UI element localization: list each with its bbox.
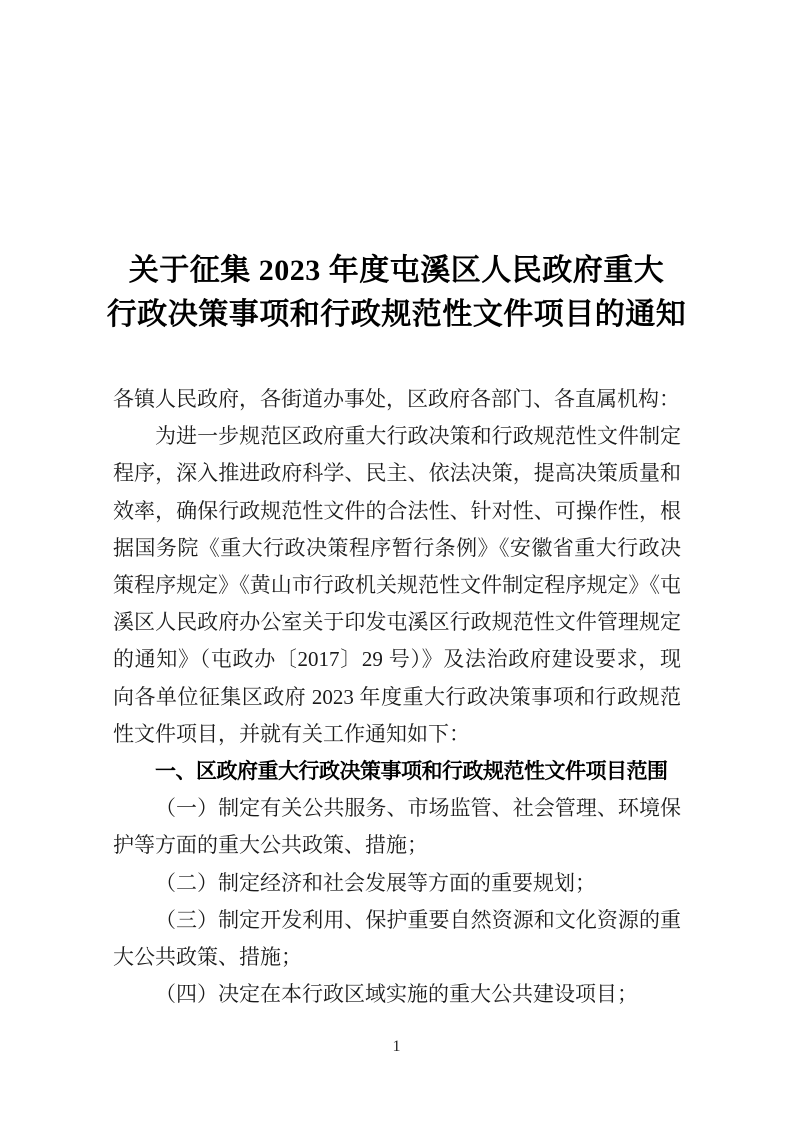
document-page: 关于征集 2023 年度屯溪区人民政府重大 行政决策事项和行政规范性文件项目的通… [0,0,793,1122]
body-paragraph: （三）制定开发利用、保护重要自然资源和文化资源的重大公共政策、措施； [113,902,681,976]
body-paragraph: （二）制定经济和社会发展等方面的重要规划； [113,865,681,902]
document-title: 关于征集 2023 年度屯溪区人民政府重大 行政决策事项和行政规范性文件项目的通… [0,0,793,337]
body-paragraph: 为进一步规范区政府重大行政决策和行政规范性文件制定程序，深入推进政府科学、民主、… [113,418,681,753]
page-number: 1 [0,1037,793,1057]
body-paragraph: （四）决定在本行政区域实施的重大公共建设项目； [113,976,681,1013]
document-title-line: 关于征集 2023 年度屯溪区人民政府重大 [56,249,737,293]
document-title-line: 行政决策事项和行政规范性文件项目的通知 [56,293,737,337]
document-body: 各镇人民政府，各街道办事处，区政府各部门、各直属机构： 为进一步规范区政府重大行… [113,381,681,1013]
body-paragraph: （一）制定有关公共服务、市场监管、社会管理、环境保护等方面的重大公共政策、措施； [113,790,681,864]
body-paragraph: 各镇人民政府，各街道办事处，区政府各部门、各直属机构： [113,381,681,418]
body-paragraph: 一、区政府重大行政决策事项和行政规范性文件项目范围 [113,753,681,790]
